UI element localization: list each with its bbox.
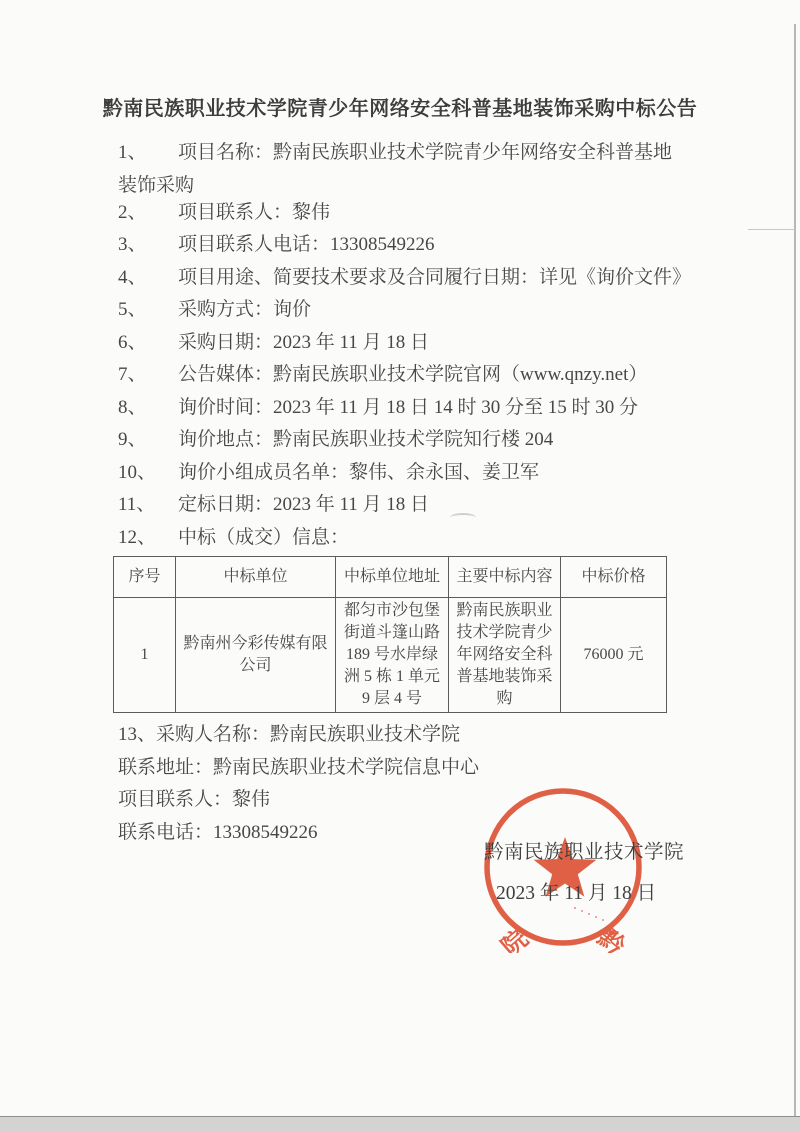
list-item: 8、 询价时间：2023 年 11 月 18 日 14 时 30 分至 15 时… xyxy=(118,392,760,425)
list-item: 12、 中标（成交）信息： xyxy=(118,522,760,555)
item-text: 采购方式：询价 xyxy=(178,294,311,327)
item-text: 询价小组成员名单：黎伟、余永国、姜卫军 xyxy=(178,457,539,490)
item-text: 项目名称：黔南民族职业技术学院青少年网络安全科普基地 xyxy=(178,137,672,170)
list-item: 1、 项目名称：黔南民族职业技术学院青少年网络安全科普基地 xyxy=(118,137,760,170)
item-text: 项目联系人电话：13308549226 xyxy=(178,229,435,262)
cell-winner: 黔南州今彩传媒有限公司 xyxy=(176,598,336,713)
item-continuation: 装饰采购 xyxy=(118,170,760,197)
item-text: 项目联系人：黎伟 xyxy=(178,197,330,230)
scan-artifact-smudge xyxy=(450,513,476,522)
scan-paper-edge-bottom xyxy=(0,1116,800,1131)
item-number: 3、 xyxy=(118,229,178,262)
list-item: 9、 询价地点：黔南民族职业技术学院知行楼 204 xyxy=(118,424,760,457)
purchaser-name-line: 13、采购人名称：黔南民族职业技术学院 xyxy=(118,719,760,752)
contact-address-line: 联系地址：黔南民族职业技术学院信息中心 xyxy=(118,752,760,785)
scan-artifact-line xyxy=(748,229,795,230)
item-number: 12、 xyxy=(118,522,178,555)
seal-arc-text: 黔南民族职业技术学院 xyxy=(477,922,649,953)
col-header-address: 中标单位地址 xyxy=(336,557,449,598)
item-number: 1、 xyxy=(118,137,178,170)
seal-serial-dots xyxy=(574,907,604,921)
numbered-list: 1、 项目名称：黔南民族职业技术学院青少年网络安全科普基地 装饰采购 2、 项目… xyxy=(118,137,760,554)
item-number: 7、 xyxy=(118,359,178,392)
table-row: 1 黔南州今彩传媒有限公司 都匀市沙包堡街道斗篷山路 189 号水岸绿洲 5 栋… xyxy=(114,598,667,713)
list-item: 10、 询价小组成员名单：黎伟、余永国、姜卫军 xyxy=(118,457,760,490)
cell-address: 都匀市沙包堡街道斗篷山路 189 号水岸绿洲 5 栋 1 单元 9 层 4 号 xyxy=(336,598,449,713)
item-number: 10、 xyxy=(118,457,178,490)
item-text: 询价时间：2023 年 11 月 18 日 14 时 30 分至 15 时 30… xyxy=(178,392,638,425)
item-number: 2、 xyxy=(118,197,178,230)
col-header-index: 序号 xyxy=(114,557,176,598)
col-header-content: 主要中标内容 xyxy=(449,557,561,598)
official-seal-stamp: 黔南民族职业技术学院 xyxy=(477,781,649,953)
award-table: 序号 中标单位 中标单位地址 主要中标内容 中标价格 1 黔南州今彩传媒有限公司… xyxy=(113,556,667,713)
item-number: 5、 xyxy=(118,294,178,327)
list-item: 7、 公告媒体：黔南民族职业技术学院官网（www.qnzy.net） xyxy=(118,359,760,392)
signature-date: 2023 年 11 月 18 日 xyxy=(496,877,656,905)
item-text: 中标（成交）信息： xyxy=(178,522,349,555)
item-text: 公告媒体：黔南民族职业技术学院官网（www.qnzy.net） xyxy=(178,359,647,392)
item-number: 11、 xyxy=(118,489,178,522)
item-text: 询价地点：黔南民族职业技术学院知行楼 204 xyxy=(178,424,553,457)
item-number: 4、 xyxy=(118,262,178,295)
table-header-row: 序号 中标单位 中标单位地址 主要中标内容 中标价格 xyxy=(114,557,667,598)
page-title: 黔南民族职业技术学院青少年网络安全科普基地装饰采购中标公告 xyxy=(0,0,800,121)
col-header-price: 中标价格 xyxy=(561,557,667,598)
scanned-document-page: 黔南民族职业技术学院青少年网络安全科普基地装饰采购中标公告 1、 项目名称：黔南… xyxy=(0,0,800,1131)
item-number: 6、 xyxy=(118,327,178,360)
cell-index: 1 xyxy=(114,598,176,713)
contact-person-line: 项目联系人：黎伟 xyxy=(118,784,760,817)
footer-block: 13、采购人名称：黔南民族职业技术学院 联系地址：黔南民族职业技术学院信息中心 … xyxy=(118,719,760,849)
svg-text:黔南民族职业技术学院: 黔南民族职业技术学院 xyxy=(477,922,649,953)
scan-paper-edge-right xyxy=(794,24,796,1116)
item-text: 采购日期：2023 年 11 月 18 日 xyxy=(178,327,429,360)
cell-content: 黔南民族职业技术学院青少年网络安全科普基地装饰采购 xyxy=(449,598,561,713)
item-text: 定标日期：2023 年 11 月 18 日 xyxy=(178,489,429,522)
list-item: 11、 定标日期：2023 年 11 月 18 日 xyxy=(118,489,760,522)
signature-organization: 黔南民族职业技术学院 xyxy=(484,836,684,864)
item-number: 8、 xyxy=(118,392,178,425)
list-item: 2、 项目联系人：黎伟 xyxy=(118,197,760,230)
item-number: 9、 xyxy=(118,424,178,457)
list-item: 4、 项目用途、简要技术要求及合同履行日期：详见《询价文件》 xyxy=(118,262,760,295)
list-item: 6、 采购日期：2023 年 11 月 18 日 xyxy=(118,327,760,360)
list-item: 5、 采购方式：询价 xyxy=(118,294,760,327)
list-item: 3、 项目联系人电话：13308549226 xyxy=(118,229,760,262)
cell-price: 76000 元 xyxy=(561,598,667,713)
item-text: 项目用途、简要技术要求及合同履行日期：详见《询价文件》 xyxy=(178,262,691,295)
col-header-winner: 中标单位 xyxy=(176,557,336,598)
